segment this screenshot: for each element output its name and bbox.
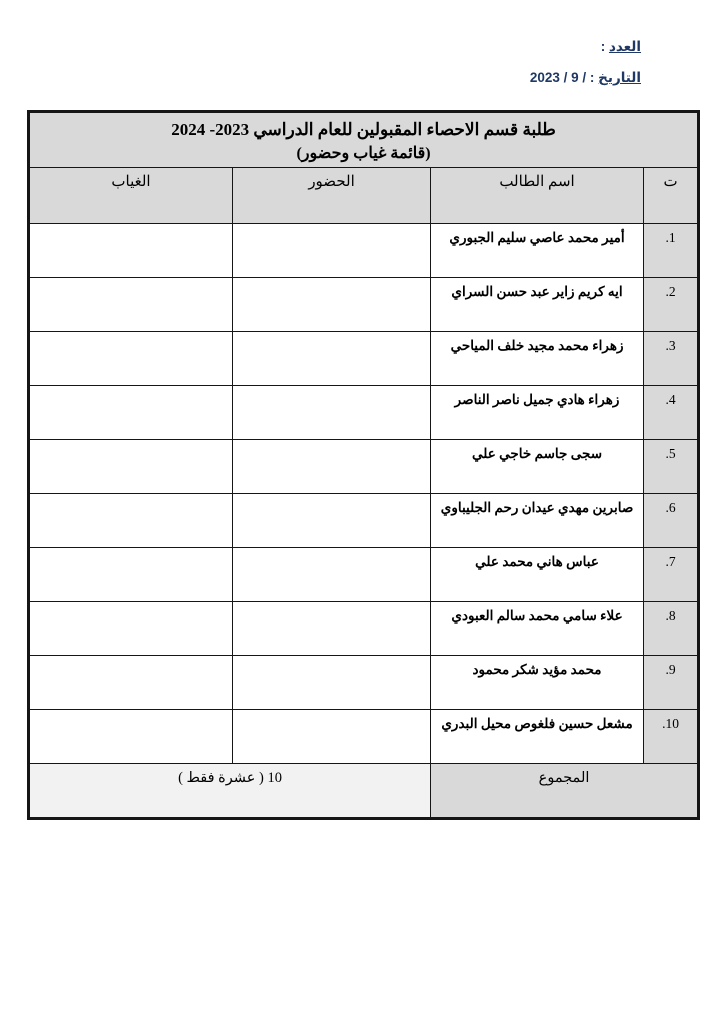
attendance-cell: [233, 332, 431, 386]
student-name: أمير محمد عاصي سليم الجبوري: [431, 224, 644, 278]
attendance-cell: [233, 386, 431, 440]
column-header-name: اسم الطالب: [431, 168, 644, 224]
student-name: محمد مؤيد شكر محمود: [431, 656, 644, 710]
document-header: العدد : التاريخ : / 9 / 2023: [530, 38, 641, 87]
absence-cell: [29, 278, 233, 332]
number-colon: :: [601, 39, 609, 54]
row-number: .7: [644, 548, 699, 602]
student-row: .3 زهراء محمد مجيد خلف المياحي: [29, 332, 699, 386]
date-value: : / 9 / 2023: [530, 70, 598, 85]
student-name: زهراء هادي جميل ناصر الناصر: [431, 386, 644, 440]
student-row: .10 مشعل حسين فلغوص محيل البدري: [29, 710, 699, 764]
absence-cell: [29, 602, 233, 656]
row-number: .3: [644, 332, 699, 386]
absence-cell: [29, 386, 233, 440]
total-value: 10 ( عشرة فقط ): [29, 764, 431, 819]
attendance-cell: [233, 548, 431, 602]
attendance-cell: [233, 656, 431, 710]
absence-cell: [29, 710, 233, 764]
absence-cell: [29, 656, 233, 710]
student-name: علاء سامي محمد سالم العبودي: [431, 602, 644, 656]
row-number: .8: [644, 602, 699, 656]
table-title-cell: طلبة قسم الاحصاء المقبولين للعام الدراسي…: [29, 112, 699, 168]
absence-cell: [29, 548, 233, 602]
column-header-row: ت اسم الطالب الحضور الغياب: [29, 168, 699, 224]
student-name: صابرين مهدي عيدان رحم الجليباوي: [431, 494, 644, 548]
student-row: .4 زهراء هادي جميل ناصر الناصر: [29, 386, 699, 440]
date-label: التاريخ: [598, 70, 641, 85]
date-line: التاريخ : / 9 / 2023: [530, 69, 641, 87]
student-name: ايه كريم زاير عبد حسن السراي: [431, 278, 644, 332]
row-number: .5: [644, 440, 699, 494]
column-header-attendance: الحضور: [233, 168, 431, 224]
absence-cell: [29, 440, 233, 494]
row-number: .4: [644, 386, 699, 440]
student-row: .9 محمد مؤيد شكر محمود: [29, 656, 699, 710]
student-row: .5 سجى جاسم خاجي علي: [29, 440, 699, 494]
row-number: .10: [644, 710, 699, 764]
attendance-cell: [233, 440, 431, 494]
row-number: .6: [644, 494, 699, 548]
absence-cell: [29, 224, 233, 278]
number-label: العدد: [609, 39, 641, 54]
total-label: المجموع: [431, 764, 699, 819]
student-row: .1 أمير محمد عاصي سليم الجبوري: [29, 224, 699, 278]
table-title-row: طلبة قسم الاحصاء المقبولين للعام الدراسي…: [29, 112, 699, 168]
attendance-cell: [233, 224, 431, 278]
total-row: المجموع 10 ( عشرة فقط ): [29, 764, 699, 819]
student-name: سجى جاسم خاجي علي: [431, 440, 644, 494]
number-line: العدد :: [530, 38, 641, 56]
table-subtitle: (قائمة غياب وحضور): [32, 142, 695, 166]
attendance-table: طلبة قسم الاحصاء المقبولين للعام الدراسي…: [27, 110, 700, 820]
student-name: عباس هاني محمد علي: [431, 548, 644, 602]
attendance-cell: [233, 710, 431, 764]
table-title: طلبة قسم الاحصاء المقبولين للعام الدراسي…: [32, 117, 695, 142]
column-header-absence: الغياب: [29, 168, 233, 224]
document-page: العدد : التاريخ : / 9 / 2023 طلبة قسم ال…: [0, 0, 724, 1024]
attendance-cell: [233, 602, 431, 656]
student-name: مشعل حسين فلغوص محيل البدري: [431, 710, 644, 764]
absence-cell: [29, 332, 233, 386]
attendance-cell: [233, 494, 431, 548]
row-number: .1: [644, 224, 699, 278]
row-number: .9: [644, 656, 699, 710]
student-row: .7 عباس هاني محمد علي: [29, 548, 699, 602]
student-row: .6 صابرين مهدي عيدان رحم الجليباوي: [29, 494, 699, 548]
student-row: .8 علاء سامي محمد سالم العبودي: [29, 602, 699, 656]
row-number: .2: [644, 278, 699, 332]
student-name: زهراء محمد مجيد خلف المياحي: [431, 332, 644, 386]
attendance-cell: [233, 278, 431, 332]
student-row: .2 ايه كريم زاير عبد حسن السراي: [29, 278, 699, 332]
column-header-index: ت: [644, 168, 699, 224]
absence-cell: [29, 494, 233, 548]
